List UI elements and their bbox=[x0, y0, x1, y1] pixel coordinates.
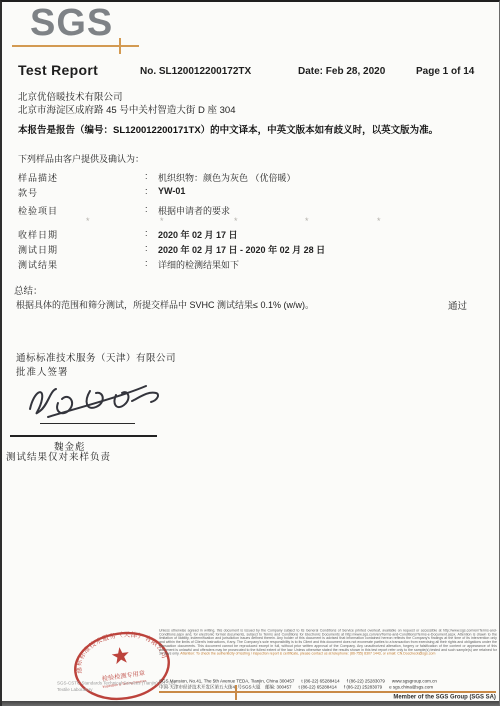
responsibility-note: 测试结果仅对来样负责 bbox=[6, 449, 111, 463]
colon: : bbox=[145, 228, 148, 238]
star-icon bbox=[111, 646, 130, 665]
info-value: 2020 年 02 月 17 日 - 2020 年 02 月 28 日 bbox=[158, 243, 325, 256]
artifact-star: * bbox=[234, 216, 238, 226]
test-report-page: SGS Test Report No. SL120012200172TX Dat… bbox=[0, 0, 500, 706]
conclusion-verdict: 通过 bbox=[448, 298, 467, 312]
info-label: 检验项目 bbox=[18, 204, 58, 217]
conclusion-statement: 根据具体的范围和筛分测试，所提交样品中 SVHC 测试结果≤ 0.1% (w/w… bbox=[16, 298, 436, 311]
phone: t (86-22) 65288414 bbox=[299, 684, 337, 690]
colon: : bbox=[145, 171, 148, 181]
sgs-logo: SGS bbox=[30, 2, 113, 45]
approver-rule bbox=[10, 435, 157, 437]
info-value: 详细的检测结果如下 bbox=[158, 258, 239, 271]
scan-edge-shadow bbox=[2, 701, 500, 706]
sgs-group-member-line: Member of the SGS Group (SGS SA) bbox=[302, 693, 496, 700]
recipient-address: 北京市海淀区成府路 45 号中关村智造大街 D 座 304 bbox=[18, 104, 235, 117]
footer-registration-tick bbox=[235, 685, 237, 700]
artifact-star: * bbox=[86, 216, 90, 226]
legal-disclaimer: Unless otherwise agreed in writing, this… bbox=[159, 629, 497, 656]
handwritten-signature bbox=[24, 373, 164, 425]
authenticity-attention: Attention: To check the authenticity of … bbox=[180, 652, 435, 656]
signature-underline bbox=[40, 423, 135, 424]
artifact-star: * bbox=[377, 216, 381, 226]
artifact-star: * bbox=[160, 216, 164, 226]
sample-intro: 下列样品由客户提供及确认为： bbox=[18, 152, 144, 165]
address-cn: 中国·天津市经济技术开发区第五大街41号SGS大厦 邮编: 300457 bbox=[159, 684, 292, 690]
colon: : bbox=[145, 186, 148, 196]
info-label: 样品描述 bbox=[18, 171, 58, 184]
colon: : bbox=[145, 258, 148, 268]
info-label: 测试日期 bbox=[18, 243, 58, 256]
info-value: 2020 年 02 月 17 日 bbox=[158, 228, 238, 241]
recipient-company: 北京优倍暖技术有限公司 bbox=[18, 91, 235, 104]
colon: : bbox=[145, 243, 148, 253]
conclusion-heading: 总结： bbox=[14, 283, 43, 297]
report-number: No. SL120012200172TX bbox=[140, 66, 251, 77]
info-label: 测试结果 bbox=[18, 258, 58, 271]
translation-note: 本报告是报告（编号：SL120012200171TX）的中文译本，中英文版本如有… bbox=[18, 122, 490, 136]
info-label: 收样日期 bbox=[18, 228, 58, 241]
fax: f (86-22) 25283079 bbox=[344, 684, 382, 690]
recipient-block: 北京优倍暖技术有限公司 北京市海淀区成府路 45 号中关村智造大街 D 座 30… bbox=[18, 91, 235, 117]
issuing-company: 通标标准技术服务（天津）有限公司 bbox=[16, 350, 176, 364]
artifact-star: * bbox=[305, 216, 309, 226]
address-block: SGS Mansion, No.41, The 5th Avenue TEDA,… bbox=[159, 678, 497, 690]
registration-tick bbox=[119, 38, 121, 54]
report-date: Date: Feb 28, 2020 bbox=[298, 66, 385, 77]
info-label: 款号 bbox=[18, 186, 38, 199]
email: e sgs.china@sgs.com bbox=[389, 684, 433, 690]
report-title: Test Report bbox=[18, 62, 98, 78]
address-line-cn: 中国·天津市经济技术开发区第五大街41号SGS大厦 邮编: 300457 t (… bbox=[159, 684, 497, 690]
info-value: YW-01 bbox=[158, 186, 185, 196]
info-value: 根据申请者的要求 bbox=[158, 204, 230, 217]
page-indicator: Page 1 of 14 bbox=[416, 66, 474, 77]
colon: : bbox=[145, 204, 148, 214]
info-value: 机织织物：颜色为灰色 （优倍暖） bbox=[158, 171, 296, 184]
